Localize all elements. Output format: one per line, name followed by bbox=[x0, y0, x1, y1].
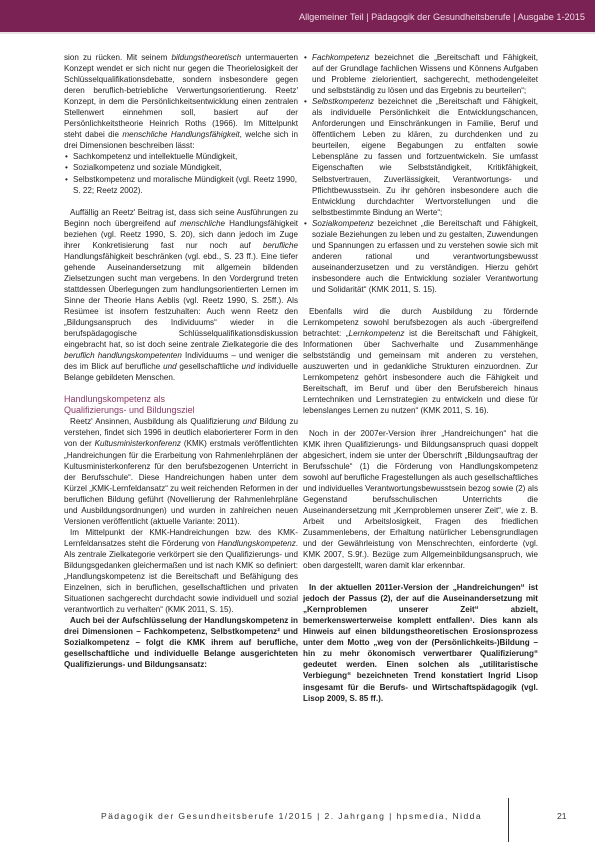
dimension-list: Sachkompetenz und intellektuelle Mündigk… bbox=[64, 151, 298, 195]
list-item: Sozialkompetenz bezeichnet „die Bereitsc… bbox=[303, 218, 538, 295]
bold-paragraph: In der aktuellen 2011er-Version der „Han… bbox=[303, 582, 538, 704]
footer-journal-info: Pädagogik der Gesundheitsberufe 1/2015 |… bbox=[101, 811, 482, 821]
right-column: Fachkompetenz bezeichnet die „Bereitscha… bbox=[303, 52, 538, 704]
bold-paragraph: Auch bei der Aufschlüsselung der Handlun… bbox=[64, 615, 298, 670]
paragraph: Noch in der 2007er-Version ihrer „Handre… bbox=[303, 428, 538, 572]
paragraph: sion zu rücken. Mit seinem bildungstheor… bbox=[64, 52, 298, 151]
header-divider bbox=[0, 32, 595, 34]
list-item: Selbstkompetenz und moralische Mündigkei… bbox=[64, 174, 298, 196]
competence-definitions-list: Fachkompetenz bezeichnet die „Bereitscha… bbox=[303, 52, 538, 295]
running-title: Allgemeiner Teil | Pädagogik der Gesundh… bbox=[299, 12, 585, 22]
paragraph: Auffällig an Reetz' Beitrag ist, dass si… bbox=[64, 207, 298, 384]
list-item: Selbstkompetenz bezeichnet die „Bereitsc… bbox=[303, 96, 538, 218]
section-heading: Handlungskompetenz alsQualifizierungs- u… bbox=[64, 394, 298, 416]
paragraph: Im Mittelpunkt der KMK-Handreichungen bz… bbox=[64, 527, 298, 615]
list-item: Sozialkompetenz und soziale Mündigkeit, bbox=[64, 162, 298, 173]
list-item: Sachkompetenz und intellektuelle Mündigk… bbox=[64, 151, 298, 162]
footer-divider bbox=[508, 798, 509, 842]
paragraph: Reetz' Ansinnen, Ausbildung als Qualifiz… bbox=[64, 416, 298, 526]
running-header-bar: Allgemeiner Teil | Pädagogik der Gesundh… bbox=[0, 0, 595, 32]
page-number: 21 bbox=[557, 811, 567, 821]
paragraph: Ebenfalls wird die durch Ausbildung zu f… bbox=[303, 306, 538, 416]
list-item: Fachkompetenz bezeichnet die „Bereitscha… bbox=[303, 52, 538, 96]
left-column: sion zu rücken. Mit seinem bildungstheor… bbox=[64, 52, 298, 670]
